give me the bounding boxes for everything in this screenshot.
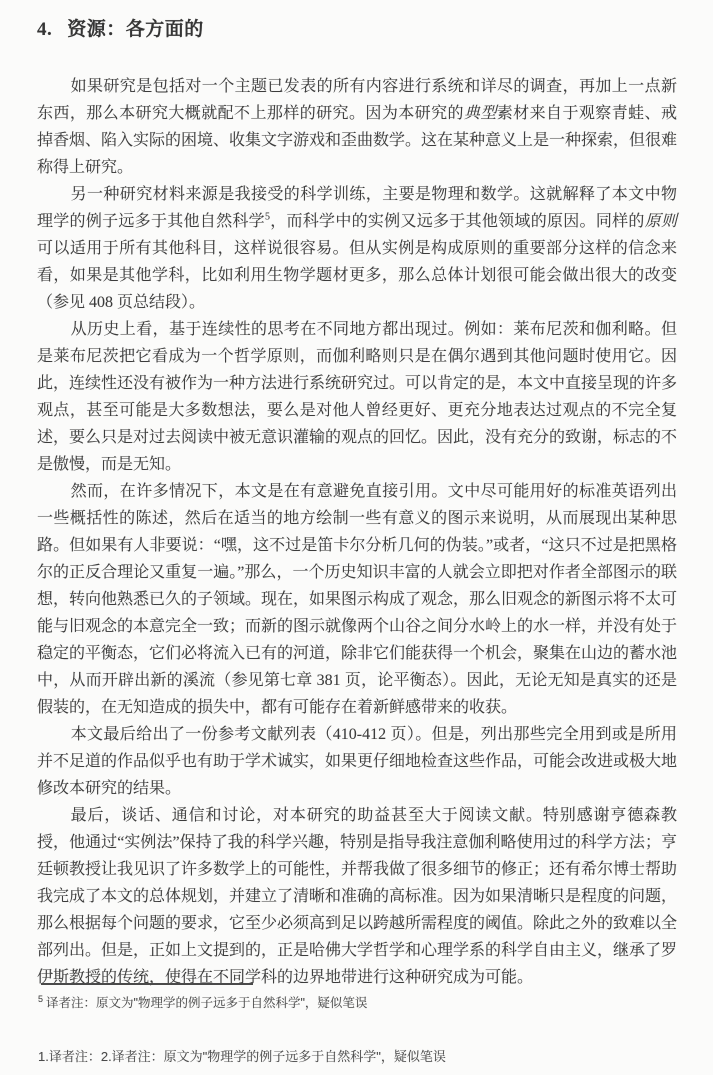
document-page: 4. 资源：各方面的 如果研究是包括对一个主题已发表的所有内容进行系统和详尽的调…: [0, 0, 713, 1075]
footnote-marker: 5: [38, 994, 43, 1004]
paragraph-text: ，而科学中的实例又远多于其他领域的原因。同样的: [270, 213, 645, 230]
section-title: 资源：各方面的: [67, 14, 204, 41]
page-content: 4. 资源：各方面的 如果研究是包括对一个主题已发表的所有内容进行系统和详尽的调…: [37, 14, 677, 991]
paragraph-2: 另一种研究材料来源是我接受的科学训练，主要是物理和数学。这就解释了本文中物理学的…: [37, 181, 677, 316]
footnote-text: 1.译者注：2.译者注：原文为"物理学的例子远多于自然科学"，疑似笔误: [38, 1049, 446, 1064]
paragraph-text: 本文最后给出了一份参考文献列表（410-412 页）。但是，列出那些完全用到或是…: [37, 726, 677, 797]
paragraph-1: 如果研究是包括对一个主题已发表的所有内容进行系统和详尽的调查，再加上一点新东西，…: [37, 73, 677, 181]
footnote-separator-line: [41, 983, 253, 985]
paragraph-6: 最后，谈话、通信和讨论，对本研究的助益甚至大于阅读文献。特别感谢亨德森教授，他通…: [37, 802, 677, 991]
paragraph-text: 然而，在许多情况下，本文是在有意避免直接引用。文中尽可能用好的标准英语列出一些概…: [37, 483, 677, 716]
paragraph-text: 可以适用于所有其他科目，这样说很容易。但从实例是构成原则的重要部分这样的信念来看…: [37, 240, 677, 311]
paragraph-3: 从历史上看，基于连续性的思考在不同地方都出现过。例如：莱布尼茨和伽利略。但是莱布…: [37, 316, 677, 478]
paragraph-4: 然而，在许多情况下，本文是在有意避免直接引用。文中尽可能用好的标准英语列出一些概…: [37, 478, 677, 721]
paragraph-5: 本文最后给出了一份参考文献列表（410-412 页）。但是，列出那些完全用到或是…: [37, 721, 677, 802]
section-heading: 4. 资源：各方面的: [37, 14, 677, 41]
paragraph-text: 最后，谈话、通信和讨论，对本研究的助益甚至大于阅读文献。特别感谢亨德森教授，他通…: [37, 807, 677, 986]
footnote-text: 译者注：原文为"物理学的例子远多于自然科学"，疑似笔误: [46, 996, 367, 1010]
section-number: 4.: [37, 19, 52, 41]
footnote-translator-note-2: 1.译者注：2.译者注：原文为"物理学的例子远多于自然科学"，疑似笔误: [38, 1046, 446, 1065]
footnote-translator-note: 5译者注：原文为"物理学的例子远多于自然科学"，疑似笔误: [38, 993, 367, 1011]
body-text: 如果研究是包括对一个主题已发表的所有内容进行系统和详尽的调查，再加上一点新东西，…: [37, 73, 677, 991]
italic-term: 原则: [645, 213, 677, 230]
paragraph-text: 从历史上看，基于连续性的思考在不同地方都出现过。例如：莱布尼茨和伽利略。但是莱布…: [37, 321, 677, 473]
italic-term: 典型: [464, 105, 497, 122]
